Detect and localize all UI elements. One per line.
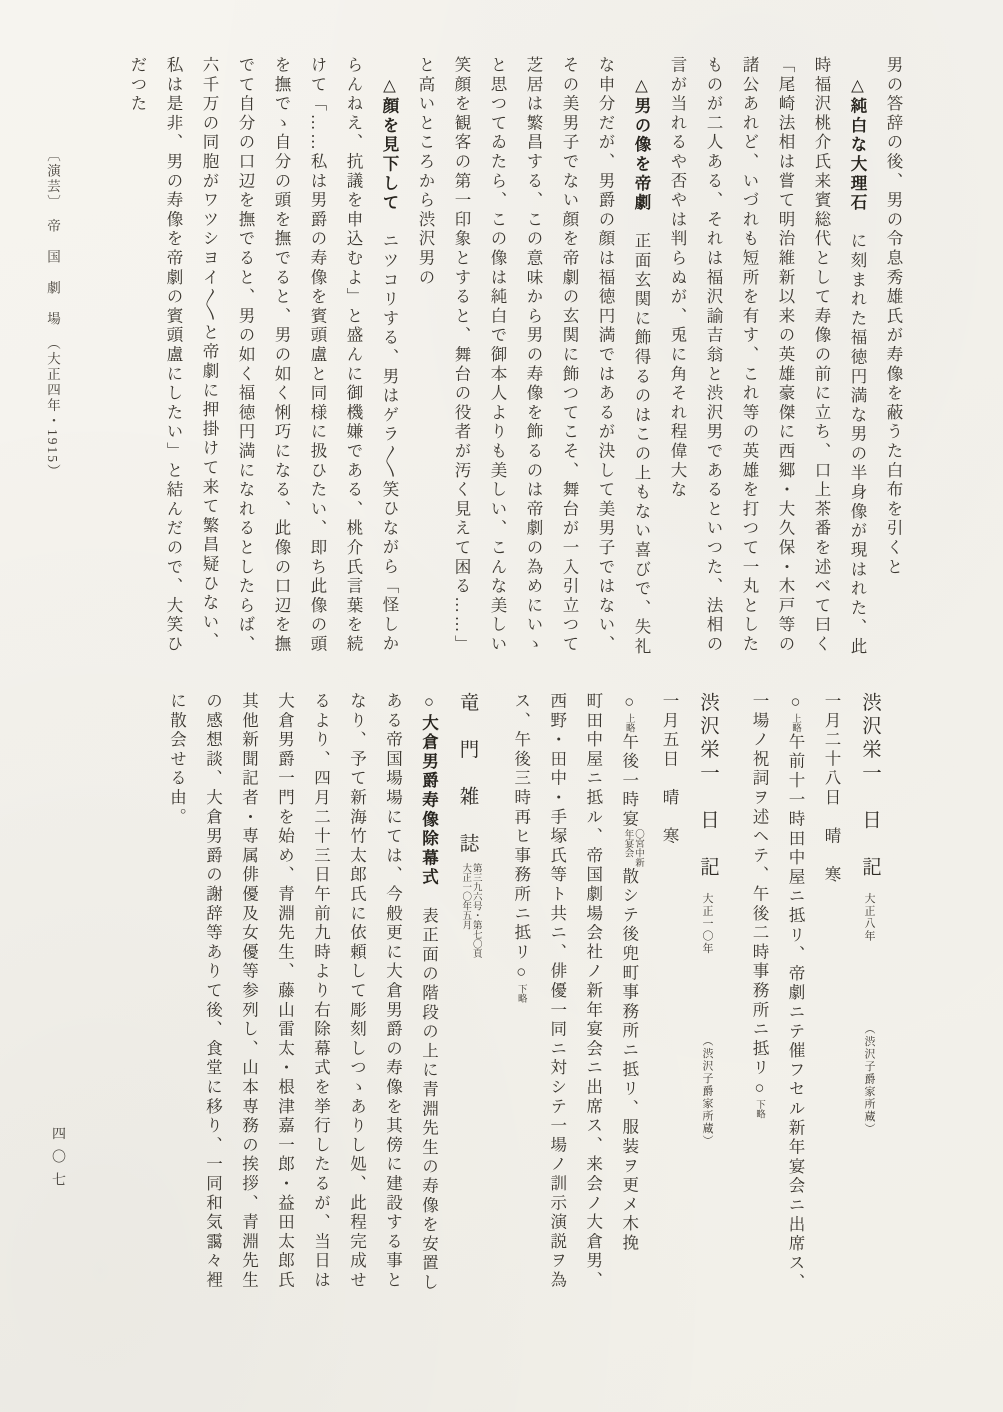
text-column: な申分だが、男爵の顔は福徳円満ではあるが決して美男子ではない、 — [595, 56, 615, 672]
issue-info: 第三九六号・第七〇頁大正一〇年五月 — [460, 863, 481, 958]
page-number: 四〇七 — [47, 1126, 67, 1195]
text-column: 言が当れるや否やは判らぬが、兎に角それ程偉大な — [667, 56, 687, 672]
text-column: 諸公あれど、いづれも短所を有す、これ等の英雄を打つて一丸とした — [739, 56, 759, 672]
source-year: 大正一〇年 — [701, 880, 713, 955]
text-column: るより、四月二十三日午前九時より右除幕式を挙行したるが、当日は — [310, 692, 330, 1310]
text-column: と思つてゐたら、この像は純白で御本人よりも美しい、こんな美しい — [487, 56, 507, 672]
text-column: 六千万の同胞がワツシヨイ〱と帝劇に押掛けて来て繁昌疑ひない、 — [199, 56, 219, 672]
text-run: ものが二人ある、それは福沢諭吉翁と渋沢男であるといつた、法相の — [704, 56, 723, 654]
text-column: と高いところから渋沢男の — [415, 56, 435, 672]
text-column: 「尾崎法相は嘗て明治維新以来の英雄豪傑に西郷・大久保・木戸等の — [775, 56, 795, 672]
text-column: ス、午後三時再ヒ事務所ニ抵リ○下略 — [511, 692, 531, 1310]
text-run: と高いところから渋沢男の — [416, 56, 435, 288]
article-block-sources: 渋沢栄一 日 記 大正八年（渋沢子爵家所蔵）一月二十八日 晴 寒○上略午前十一時… — [136, 692, 881, 1310]
text-run: ○ — [750, 1078, 769, 1100]
text-run: ス、午後三時再ヒ事務所ニ抵リ — [512, 692, 531, 962]
text-column: に散会せる由。 — [166, 692, 186, 1310]
source-holder: （渋沢子爵家所蔵） — [863, 1023, 875, 1136]
text-column: 一場ノ祝詞ヲ述ヘテ、午後二時事務所ニ抵リ○下略 — [749, 692, 769, 1310]
text-run: と思つてゐたら、この像は純白で御本人よりも美しい、こんな美しい — [488, 56, 507, 654]
source-title: 渋沢栄一 日 記 — [859, 692, 880, 880]
text-run: 正面玄関に飾得るのはこの上もない喜びで、失礼 — [632, 213, 651, 657]
text-run — [632, 56, 651, 75]
text-column: を撫でゝ自分の頭を撫でると、男の如く悧巧になる、此像の口辺を撫 — [271, 56, 291, 672]
section-heading-column: 渋沢栄一 日 記 大正八年（渋沢子爵家所蔵） — [857, 692, 881, 1310]
text-run: なり、予て新海竹太郎氏に依頼して彫刻しつゝありし処、此程完成せ — [347, 692, 366, 1290]
text-run: 一場ノ祝詞ヲ述ヘテ、午後二時事務所ニ抵リ — [750, 692, 769, 1078]
text-run: 時福沢桃介氏来賓総代として寿像の前に立ち、口上茶番を述べて曰く — [812, 56, 831, 654]
text-run: らんねえ、抗議を申込むよ」と盛んに御機嫌である、桃介氏言葉を続 — [344, 56, 363, 654]
text-run: 諸公あれど、いづれも短所を有す、これ等の英雄を打つて一丸とした — [740, 56, 759, 654]
text-run: 大倉男爵一門を始め、青淵先生、藤山雷太・根津嘉一郎・益田太郎氏 — [275, 692, 294, 1290]
text-column: その美男子でない顔を帝劇の玄関に飾つてこそ、舞台が一入引立つて — [559, 56, 579, 672]
text-run: けて「……私は男爵の寿像を賓頭盧と同様に扱ひたい、即ち此像の頭 — [308, 56, 327, 654]
text-column: △顔を見下して ニツコリする、男はゲラ〱笑ひながら「怪しか — [379, 56, 399, 672]
shibusawa-diary-taisho8: 渋沢栄一 日 記 大正八年（渋沢子爵家所蔵）一月二十八日 晴 寒○上略午前十一時… — [749, 692, 881, 1310]
ryumon-zasshi: 竜 門 雑 誌第三九六号・第七〇頁大正一〇年五月○大倉男爵寿像除幕式 表正面の階… — [166, 692, 480, 1310]
text-run: 散シテ後兜町事務所ニ抵リ、服装ヲ更メ木挽 — [620, 867, 639, 1253]
text-run: ○ — [620, 692, 639, 714]
text-column: 時福沢桃介氏来賓総代として寿像の前に立ち、口上茶番を述べて曰く — [811, 56, 831, 672]
text-run: 西野・田中・手塚氏等ト共ニ、俳優一同ニ対シテ一場ノ訓示演説ヲ為 — [548, 692, 567, 1290]
text-run: ○ — [512, 962, 531, 984]
source-year: 大正八年 — [863, 880, 875, 943]
text-run: 一月五日 晴 寒 — [660, 692, 679, 846]
text-run: △顔を見下して — [380, 75, 399, 213]
text-run: 午前十一時田中屋ニ抵リ、帝劇ニテ催フセル新年宴会ニ出席ス、 — [786, 733, 805, 1293]
stack-line: 〇宮中新 — [633, 829, 644, 867]
text-column: 一月二十八日 晴 寒 — [821, 692, 841, 1310]
text-run: るより、四月二十三日午前九時より右除幕式を挙行したるが、当日は — [311, 692, 330, 1290]
text-column: △純白な大理石 に刻まれた福徳円満な男の半身像が現はれた、此 — [847, 56, 867, 672]
text-run: 六千万の同胞がワツシヨイ〱と帝劇に押掛けて来て繁昌疑ひない、 — [200, 56, 219, 652]
source-holder: （渋沢子爵家所蔵） — [701, 1035, 713, 1148]
text-column: 西野・田中・手塚氏等ト共ニ、俳優一同ニ対シテ一場ノ訓示演説ヲ為 — [547, 692, 567, 1310]
text-run: 表正面の階段の上に青淵先生の寿像を安置し — [419, 888, 438, 1293]
text-column: ある帝国場場にては、今般更に大倉男爵の寿像を其傍に建設する事と — [382, 692, 402, 1310]
stack-line: 大正一〇年五月 — [460, 863, 471, 958]
text-run: 一月二十八日 晴 寒 — [822, 692, 841, 885]
text-run: ある帝国場場にては、今般更に大倉男爵の寿像を其傍に建設する事と — [383, 692, 402, 1290]
text-run — [380, 56, 399, 75]
text-column: ○上略午前十一時田中屋ニ抵リ、帝劇ニテ催フセル新年宴会ニ出席ス、 — [785, 692, 805, 1310]
article-block-engei: 男の答辞の後、男の令息秀雄氏が寿像を蔽うた白布を引くと △純白な大理石 に刻まれ… — [111, 56, 903, 672]
text-column: 男の答辞の後、男の令息秀雄氏が寿像を蔽うた白布を引くと — [883, 56, 903, 672]
text-run: 下略 — [516, 984, 526, 1003]
section-heading-column: 竜 門 雑 誌第三九六号・第七〇頁大正一〇年五月 — [454, 692, 480, 1310]
text-run: を撫でゝ自分の頭を撫でると、男の如く悧巧になる、此像の口辺を撫 — [272, 56, 291, 654]
text-run: △純白な大理石 — [848, 75, 867, 213]
text-run: でて自分の口辺を撫でると、男の如く福徳円満になれるとしたらば、 — [236, 56, 255, 654]
text-column: 笑顔を観客の第一印象とすると、舞台の役者が汚く見えて困る……」 — [451, 56, 471, 672]
text-column: 私は是非、男の寿像を帝劇の賓頭盧にしたい」と結んだので、大笑ひ — [163, 56, 183, 672]
stack-line: 年宴会 — [622, 829, 633, 867]
text-column: でて自分の口辺を撫でると、男の如く福徳円満になれるとしたらば、 — [235, 56, 255, 672]
source-title: 竜 門 雑 誌 — [456, 692, 477, 857]
text-column: ○上略午後一時宴〇宮中新年宴会散シテ後兜町事務所ニ抵リ、服装ヲ更メ木挽 — [619, 692, 643, 1310]
text-column: 大倉男爵一門を始め、青淵先生、藤山雷太・根津嘉一郎・益田太郎氏 — [274, 692, 294, 1310]
text-run: 町田中屋ニ抵ル、帝国劇場会社ノ新年宴会ニ出席ス、来会ノ大倉男、 — [584, 692, 603, 1290]
text-run: の感想談、大倉男爵の謝辞等ありて後、食堂に移り、一同和気靄々裡 — [203, 692, 222, 1290]
text-run: 其他新聞記者・専属俳優及女優等参列し、山本専務の挨拶、青淵先生 — [239, 692, 258, 1290]
text-column: らんねえ、抗議を申込むよ」と盛んに御機嫌である、桃介氏言葉を続 — [343, 56, 363, 672]
text-run: 私は是非、男の寿像を帝劇の賓頭盧にしたい」と結んだので、大笑ひ — [164, 56, 183, 654]
text-column: △男の像を帝劇 正面玄関に飾得るのはこの上もない喜びで、失礼 — [631, 56, 651, 672]
text-run: 笑顔を観客の第一印象とすると、舞台の役者が汚く見えて困る……」 — [452, 56, 471, 654]
text-run: に散会せる由。 — [167, 692, 186, 827]
text-column: なり、予て新海竹太郎氏に依頼して彫刻しつゝありし処、此程完成せ — [346, 692, 366, 1310]
text-run: な申分だが、男爵の顔は福徳円満ではあるが決して美男子ではない、 — [596, 56, 615, 654]
shibusawa-diary-taisho10: 渋沢栄一 日 記 大正一〇年（渋沢子爵家所蔵）一月五日 晴 寒○上略午後一時宴〇… — [511, 692, 719, 1310]
text-run: その美男子でない顔を帝劇の玄関に飾つてこそ、舞台が一入引立つて — [560, 56, 579, 654]
text-run: 午後一時宴 — [620, 733, 639, 830]
text-run: ○ — [786, 692, 805, 714]
text-run: だつた — [128, 56, 147, 114]
text-run: 男の答辞の後、男の令息秀雄氏が寿像を蔽うた白布を引くと — [884, 56, 903, 577]
text-column: けて「……私は男爵の寿像を賓頭盧と同様に扱ひたい、即ち此像の頭 — [307, 56, 327, 672]
text-run: ニツコリする、男はゲラ〱笑ひながら「怪しか — [380, 213, 399, 654]
text-run: 「尾崎法相は嘗て明治維新以来の英雄豪傑に西郷・大久保・木戸等の — [776, 56, 795, 654]
scanned-book-page: 男の答辞の後、男の令息秀雄氏が寿像を蔽うた白布を引くと △純白な大理石 に刻まれ… — [0, 0, 1003, 1412]
text-run: △男の像を帝劇 — [632, 75, 651, 213]
text-column: ○大倉男爵寿像除幕式 表正面の階段の上に青淵先生の寿像を安置し — [418, 692, 438, 1310]
text-column: 其他新聞記者・専属俳優及女優等参列し、山本専務の挨拶、青淵先生 — [238, 692, 258, 1310]
text-column: 芝居は繁昌する、この意味から男の寿像を飾るのは帝劇の為めにいゝ — [523, 56, 543, 672]
source-title: 渋沢栄一 日 記 — [697, 692, 718, 880]
text-column: の感想談、大倉男爵の謝辞等ありて後、食堂に移り、一同和気靄々裡 — [202, 692, 222, 1310]
text-run: 芝居は繁昌する、この意味から男の寿像を飾るのは帝劇の為めにいゝ — [524, 56, 543, 654]
text-run: 上略 — [790, 714, 800, 733]
text-column: ものが二人ある、それは福沢諭吉翁と渋沢男であるといつた、法相の — [703, 56, 723, 672]
text-run: に刻まれた福徳円満な男の半身像が現はれた、此 — [848, 213, 867, 657]
text-run: 上略 — [624, 714, 634, 733]
text-column: だつた — [127, 56, 147, 672]
text-column: 一月五日 晴 寒 — [659, 692, 679, 1310]
stack-line: 第三九六号・第七〇頁 — [470, 863, 481, 958]
text-run: 言が当れるや否やは判らぬが、兎に角それ程偉大な — [668, 56, 687, 500]
text-column: 町田中屋ニ抵ル、帝国劇場会社ノ新年宴会ニ出席ス、来会ノ大倉男、 — [583, 692, 603, 1310]
section-heading-column: 渋沢栄一 日 記 大正一〇年（渋沢子爵家所蔵） — [695, 692, 719, 1310]
warichu-note: 〇宮中新年宴会 — [622, 829, 643, 867]
text-run: ○大倉男爵寿像除幕式 — [419, 692, 438, 888]
margin-section-label: 〔演芸〕 帝 国 劇 場 （大正四年・1915） — [42, 148, 62, 480]
text-run — [848, 56, 867, 75]
text-run: 下略 — [754, 1100, 764, 1119]
